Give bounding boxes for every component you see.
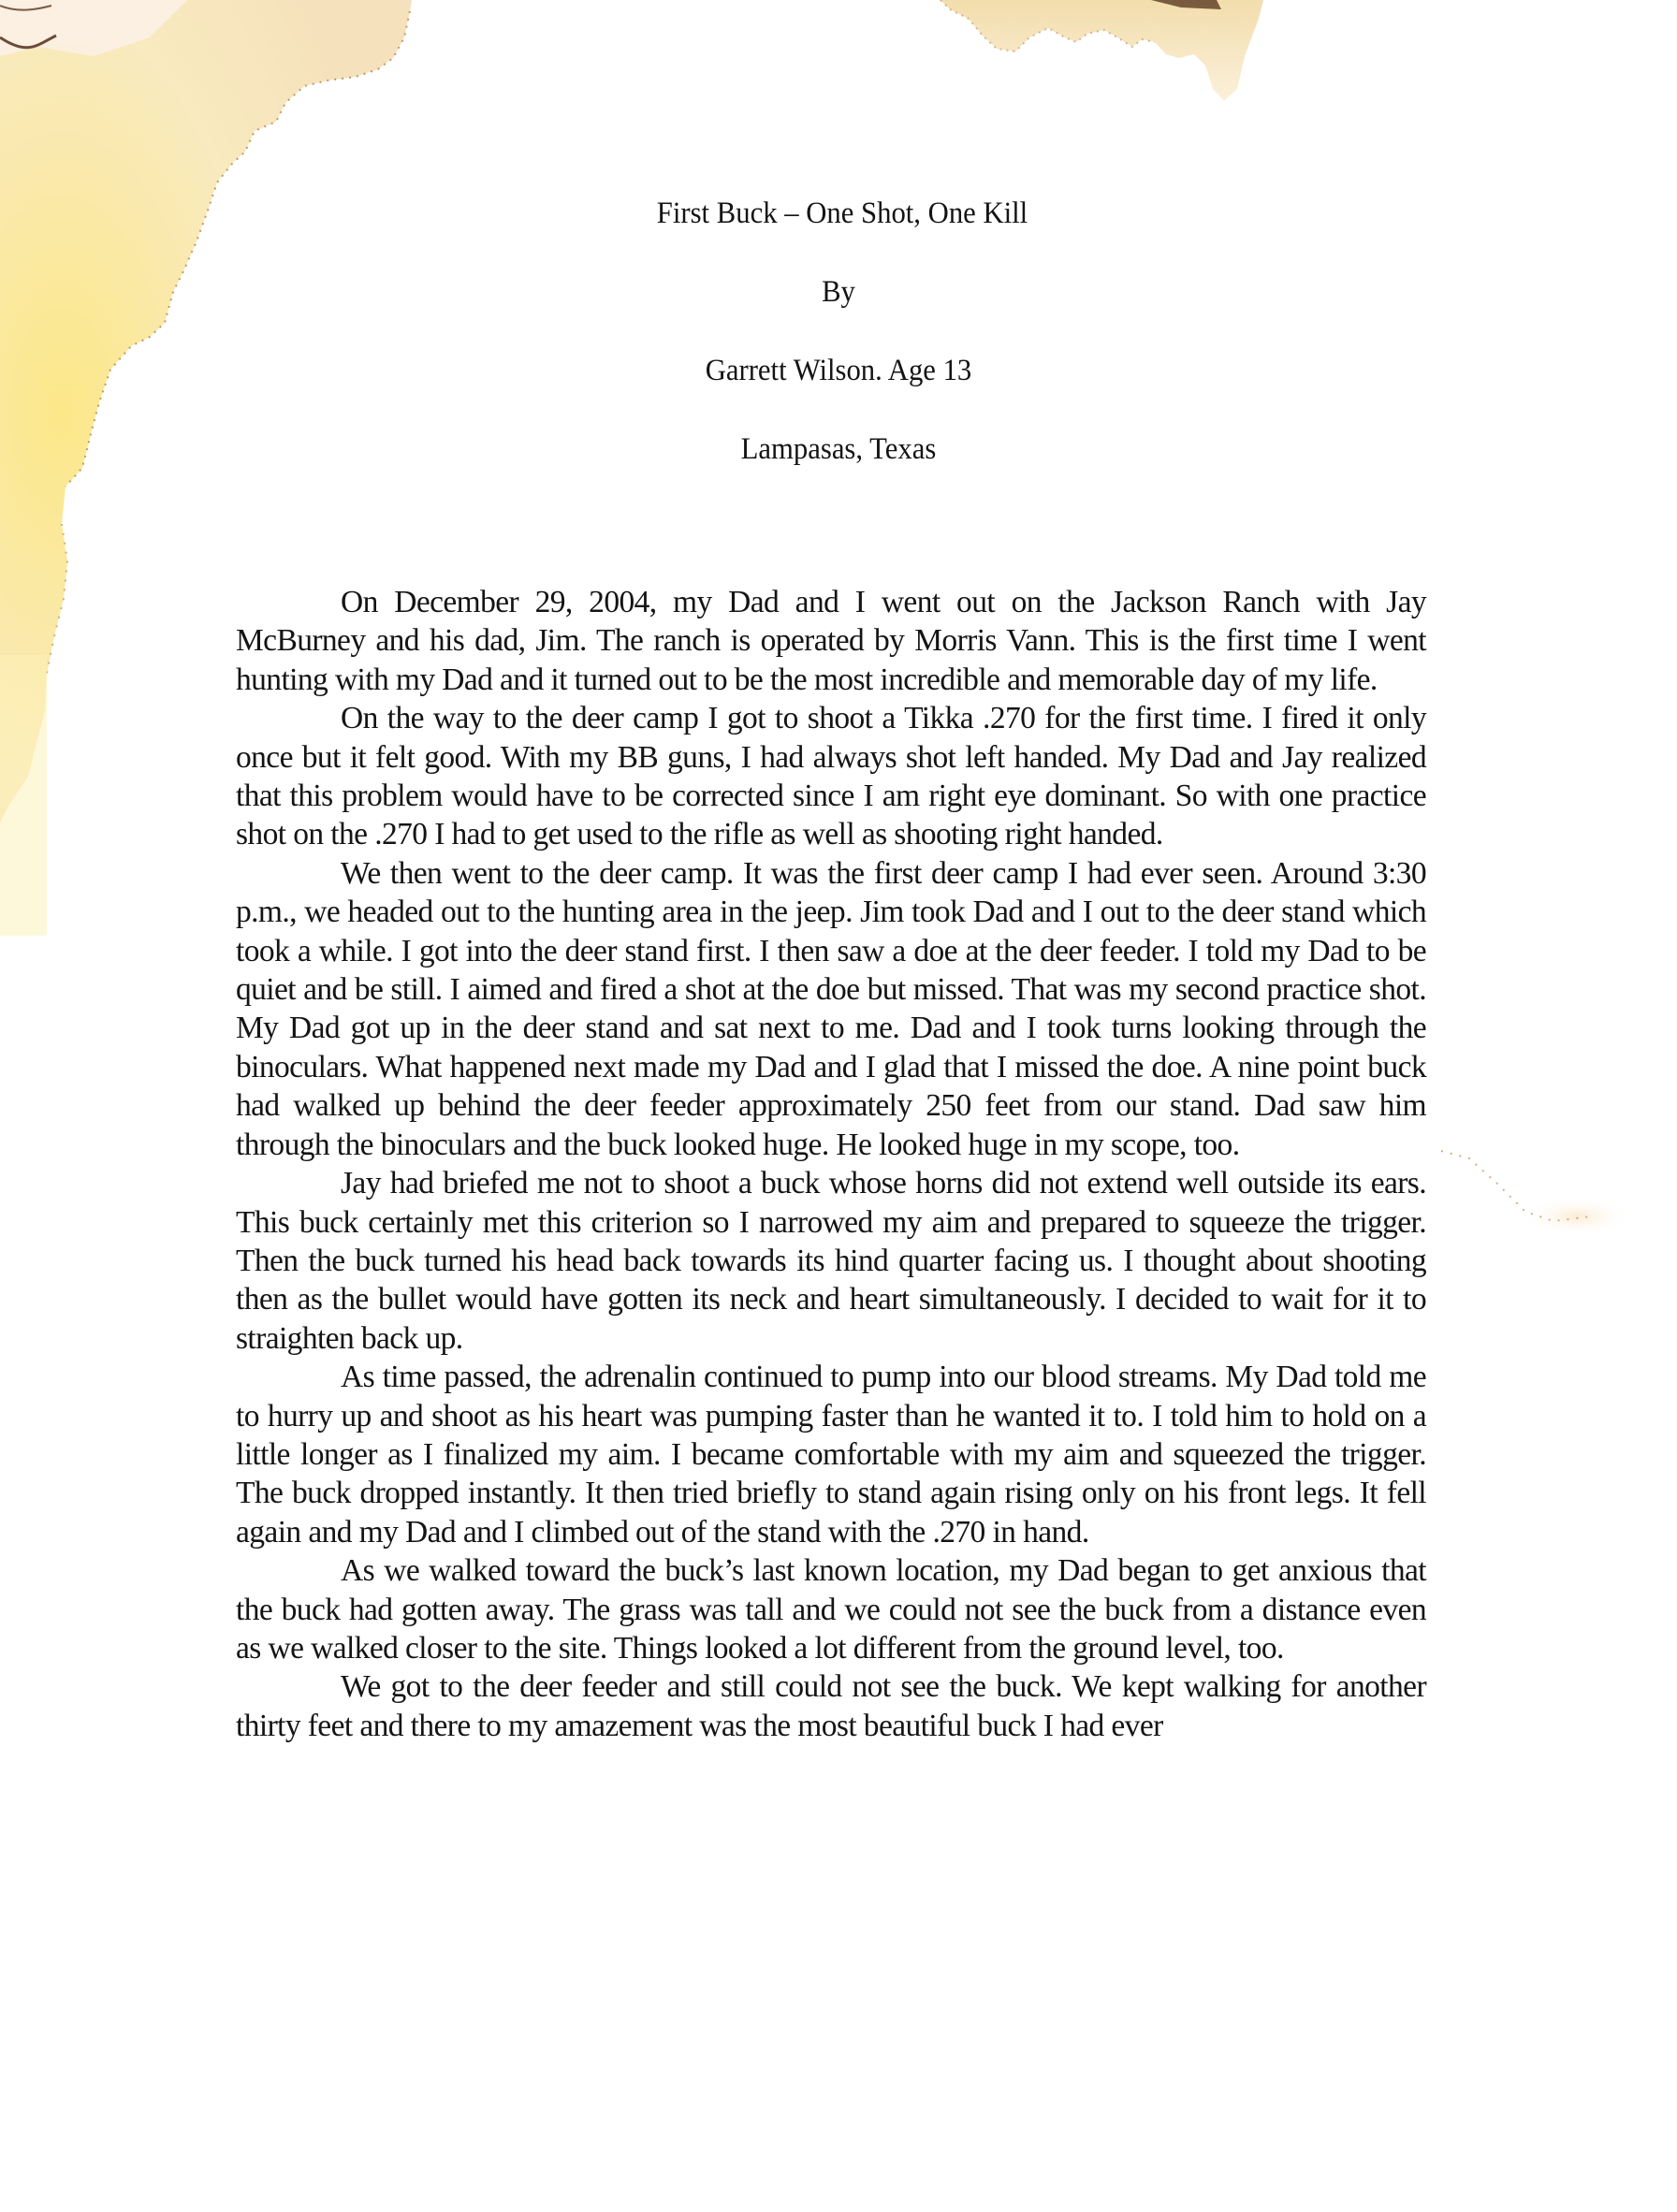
story-body: On December 29, 2004, my Dad and I went …	[236, 583, 1426, 1745]
paragraph: On December 29, 2004, my Dad and I went …	[236, 583, 1426, 699]
byline: By	[59, 277, 1619, 356]
document-page: First Buck – One Shot, One Kill By Garre…	[0, 0, 1677, 2212]
paragraph: As we walked toward the buck’s last know…	[236, 1551, 1426, 1667]
document-header: First Buck – One Shot, One Kill By Garre…	[0, 198, 1677, 513]
paragraph: We then went to the deer camp. It was th…	[236, 854, 1426, 1164]
paragraph: On the way to the deer camp I got to sho…	[236, 699, 1426, 854]
paragraph: Jay had briefed me not to shoot a buck w…	[236, 1164, 1426, 1358]
author-location: Lampasas, Texas	[59, 434, 1619, 513]
paragraph: As time passed, the adrenalin continued …	[236, 1358, 1426, 1551]
author-name: Garrett Wilson. Age 13	[59, 356, 1619, 434]
paragraph: We got to the deer feeder and still coul…	[236, 1667, 1426, 1745]
document-title: First Buck – One Shot, One Kill	[66, 198, 1618, 277]
